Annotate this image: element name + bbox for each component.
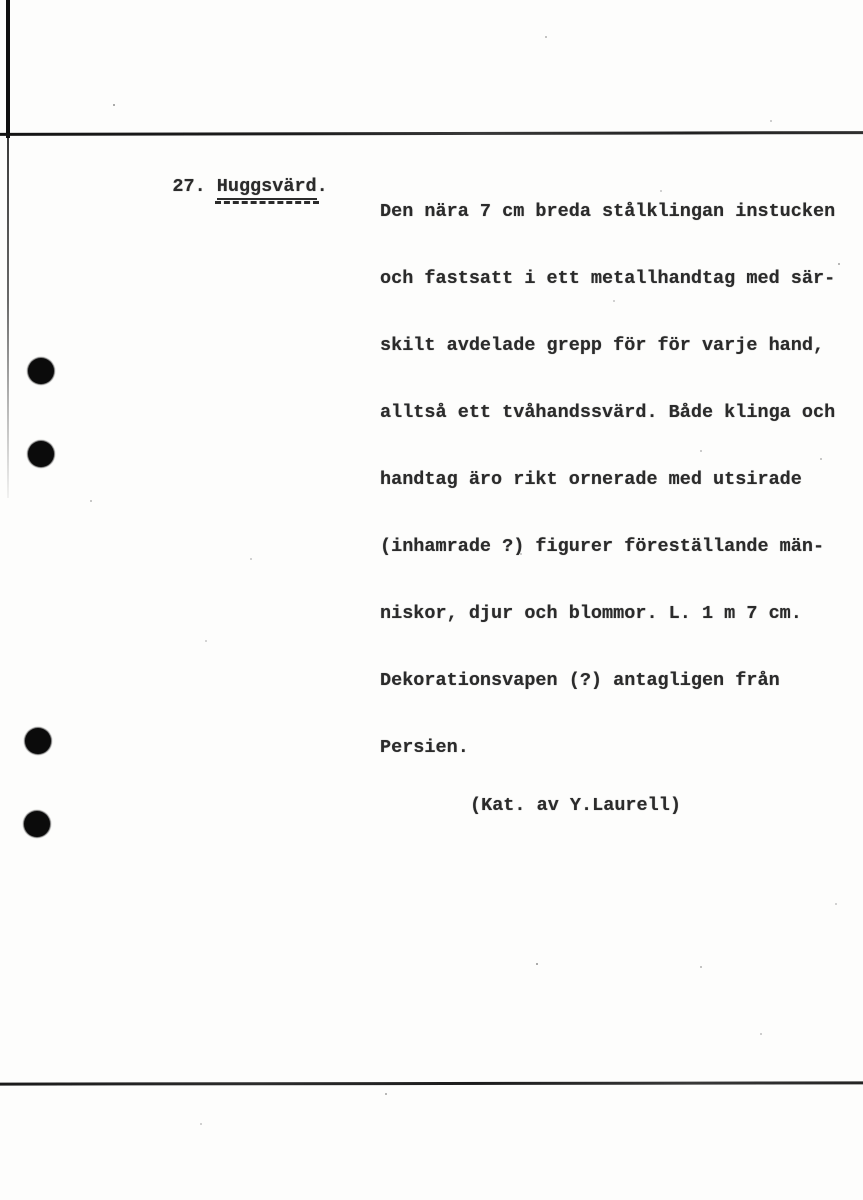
description-line: alltså ett tvåhandssvärd. Både klinga oc… — [380, 400, 835, 425]
item-description: Den nära 7 cm breda stålklingan instucke… — [380, 157, 835, 802]
item-heading: 27.Huggsvärd. — [128, 155, 328, 221]
description-line: Dekorationsvapen (?) antagligen från — [380, 668, 835, 693]
left-margin-line-fade — [7, 138, 9, 498]
description-line: och fastsatt i ett metallhandtag med sär… — [380, 266, 835, 291]
description-line: niskor, djur och blommor. L. 1 m 7 cm. — [380, 601, 835, 626]
catalog-attribution: (Kat. av Y.Laurell) — [470, 795, 681, 816]
top-horizontal-rule — [0, 131, 863, 136]
scan-noise — [0, 0, 2, 2]
left-margin-bar — [6, 0, 10, 138]
item-title-period: . — [317, 176, 328, 197]
hole-punch-dot — [25, 728, 51, 754]
description-line: skilt avdelade grepp för för varje hand, — [380, 333, 835, 358]
description-line: Persien. — [380, 735, 835, 760]
description-line: (inhamrade ?) figurer föreställande män- — [380, 534, 835, 559]
item-number: 27. — [172, 176, 205, 197]
hole-punch-dot — [24, 811, 50, 837]
description-line: handtag äro rikt ornerade med utsirade — [380, 467, 835, 492]
item-title: Huggsvärd — [217, 176, 317, 200]
hole-punch-dot — [28, 441, 54, 467]
bottom-horizontal-rule — [0, 1081, 863, 1085]
description-line: Den nära 7 cm breda stålklingan instucke… — [380, 199, 835, 224]
hole-punch-dot — [28, 358, 54, 384]
scanned-document-page: 27.Huggsvärd. Den nära 7 cm breda stålkl… — [0, 0, 863, 1200]
